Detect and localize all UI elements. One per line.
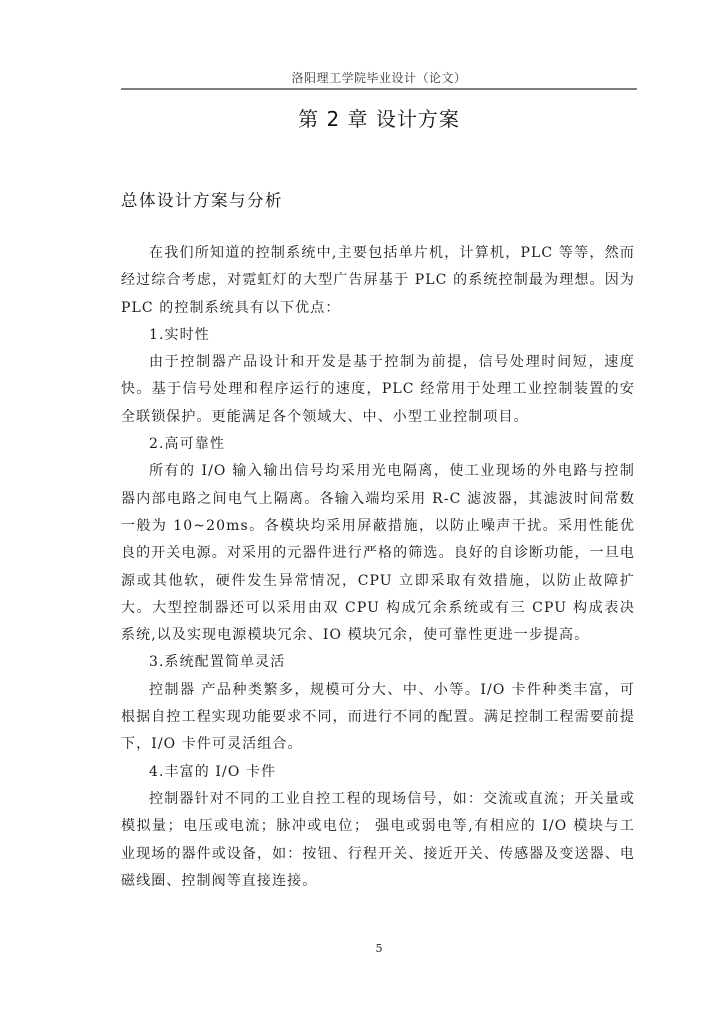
document-page: 洛阳理工学院毕业设计（论文） 第 2 章 设计方案 总体设计方案与分析 在我们所… <box>0 0 724 1024</box>
running-header: 洛阳理工学院毕业设计（论文） <box>121 69 637 86</box>
header-divider <box>121 88 637 90</box>
intro-paragraph: 在我们所知道的控制系统中,主要包括单片机，计算机，PLC 等等，然而经过综合考虑… <box>121 240 635 322</box>
chapter-title: 第 2 章 设计方案 <box>121 103 637 132</box>
item-heading-configuration: 3.系统配置简单灵活 <box>121 649 635 676</box>
item-heading-realtime: 1.实时性 <box>121 322 635 349</box>
section-title: 总体设计方案与分析 <box>121 187 283 211</box>
item-heading-reliability: 2.高可靠性 <box>121 431 635 458</box>
reliability-paragraph: 所有的 I/O 输入输出信号均采用光电隔离，使工业现场的外电路与控制器内部电路之… <box>121 458 635 649</box>
realtime-paragraph: 由于控制器产品设计和开发是基于控制为前提，信号处理时间短，速度快。基于信号处理和… <box>121 349 635 431</box>
configuration-paragraph: 控制器 产品种类繁多，规模可分大、中、小等。I/O 卡件种类丰富，可根据自控工程… <box>121 677 635 759</box>
body-text: 在我们所知道的控制系统中,主要包括单片机，计算机，PLC 等等，然而经过综合考虑… <box>121 240 635 895</box>
io-cards-paragraph: 控制器针对不同的工业自控工程的现场信号，如：交流或直流；开关量或模拟量；电压或电… <box>121 786 635 895</box>
page-number: 5 <box>121 942 637 955</box>
item-heading-io-cards: 4.丰富的 I/O 卡件 <box>121 759 635 786</box>
